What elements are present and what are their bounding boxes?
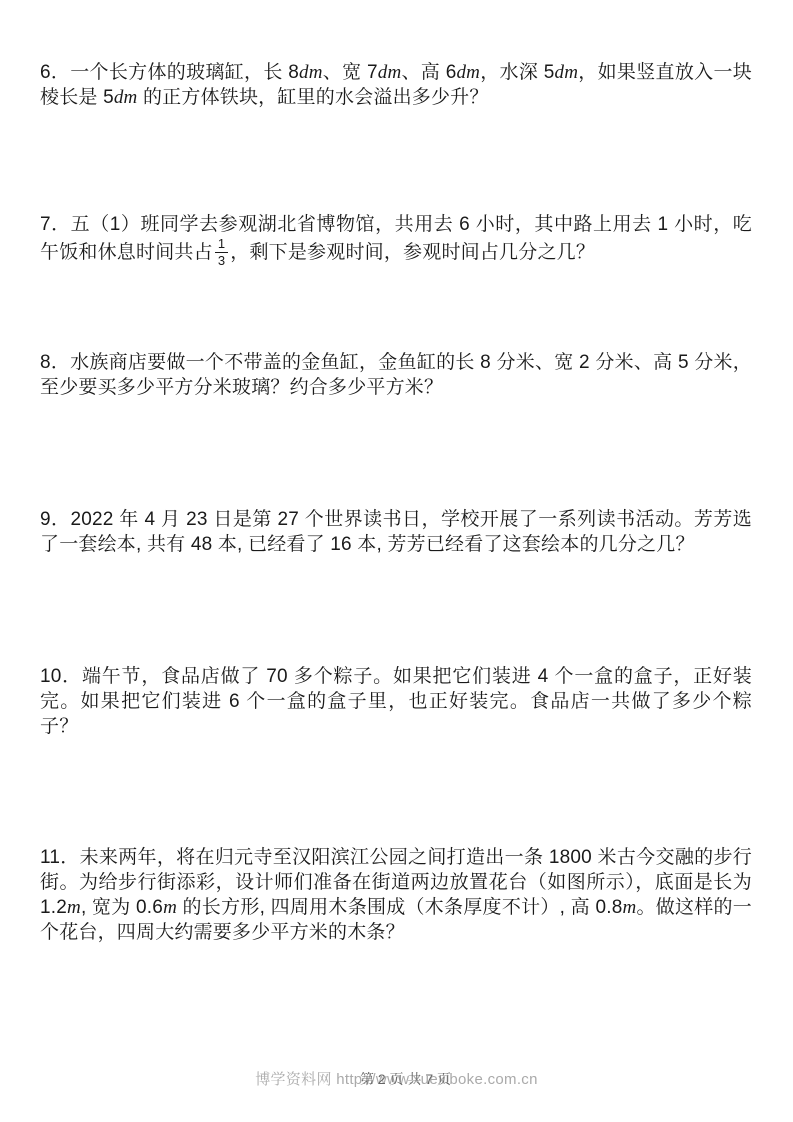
page-footer: 博学资料网 http://www.xuexiboke.com.cn 第 2 页 … [0,1068,793,1096]
question-11: 11．未来两年，将在归元寺至汉阳滨江公园之间打造出一条 1800 米古今交融的步… [40,845,752,945]
inline-fraction: 13 [215,237,228,269]
question-8: 8．水族商店要做一个不带盖的金鱼缸，金鱼缸的长 8 分米、宽 2 分米、高 5 … [40,350,752,400]
question-9: 9．2022 年 4 月 23 日是第 27 个世界读书日，学校开展了一系列读书… [40,507,752,557]
question-6: 6．一个长方体的玻璃缸，长 8dm、宽 7dm、高 6dm，水深 5dm，如果竖… [40,60,752,110]
page-number: 第 2 页 共 7 页 [360,1069,451,1089]
question-10: 10．端午节，食品店做了 70 多个粽子。如果把它们装进 4 个一盒的盒子，正好… [40,664,752,739]
worksheet-page: 6．一个长方体的玻璃缸，长 8dm、宽 7dm、高 6dm，水深 5dm，如果竖… [0,0,793,1122]
question-7: 7．五（1）班同学去参观湖北省博物馆，共用去 6 小时，其中路上用去 1 小时，… [40,212,752,269]
